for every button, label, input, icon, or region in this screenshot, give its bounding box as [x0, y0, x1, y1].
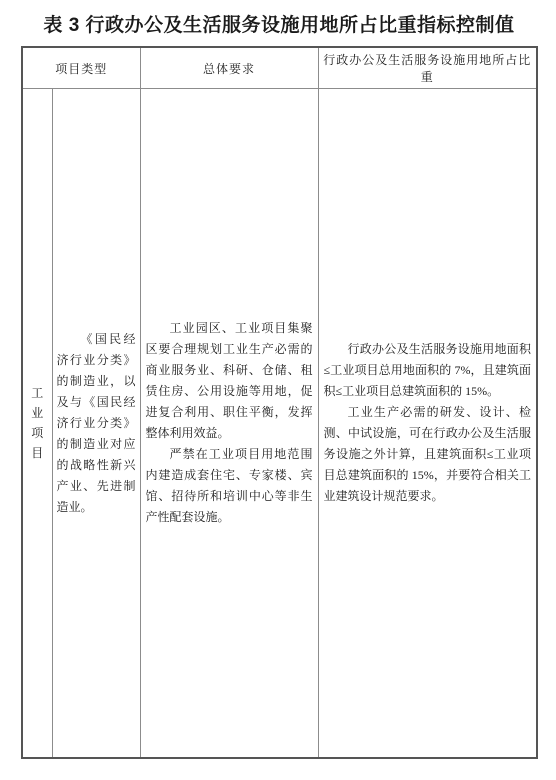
table-title: 表 3 行政办公及生活服务设施用地所占比重指标控制值: [21, 15, 537, 37]
industrial-project-row: 工业项目 《国民经济行业分类》的制造业，以及与《国民经济行业分类》的制造业对应的…: [22, 89, 537, 759]
control-values-table: 项目类型 总体要求 行政办公及生活服务设施用地所占比重 工业项目 《国民经济行业…: [21, 46, 538, 759]
category-scope-text: 《国民经济行业分类》的制造业，以及与《国民经济行业分类》的制造业对应的战略性新兴…: [57, 329, 136, 518]
document-page: 表 3 行政办公及生活服务设施用地所占比重指标控制值 项目类型 总体要求 行政办…: [21, 15, 537, 759]
header-project-type: 项目类型: [22, 47, 140, 89]
vertical-label-industrial-project: 工业项目: [31, 383, 43, 463]
overall-requirements-paragraph-1: 工业园区、工业项目集聚区要合理规划工业生产必需的商业服务业、科研、仓储、租赁住房…: [146, 318, 313, 444]
cell-category-scope: 《国民经济行业分类》的制造业，以及与《国民经济行业分类》的制造业对应的战略性新兴…: [52, 89, 140, 759]
proportion-control-paragraph-2: 工业生产必需的研发、设计、检测、中试设施，可在行政办公及生活服务设施之外计算，且…: [324, 402, 532, 507]
header-overall-requirements: 总体要求: [140, 47, 318, 89]
cell-proportion-control: 行政办公及生活服务设施用地面积≤工业项目总用地面积的 7%，且建筑面积≤工业项目…: [318, 89, 537, 759]
proportion-control-paragraph-1: 行政办公及生活服务设施用地面积≤工业项目总用地面积的 7%，且建筑面积≤工业项目…: [324, 339, 532, 402]
header-proportion-control: 行政办公及生活服务设施用地所占比重: [318, 47, 537, 89]
overall-requirements-paragraph-2: 严禁在工业项目用地范围内建造成套住宅、专家楼、宾馆、招待所和培训中心等非生产性配…: [146, 444, 313, 528]
cell-overall-requirements: 工业园区、工业项目集聚区要合理规划工业生产必需的商业服务业、科研、仓储、租赁住房…: [140, 89, 318, 759]
header-row: 项目类型 总体要求 行政办公及生活服务设施用地所占比重: [22, 47, 537, 89]
cell-project-category: 工业项目: [22, 89, 52, 759]
